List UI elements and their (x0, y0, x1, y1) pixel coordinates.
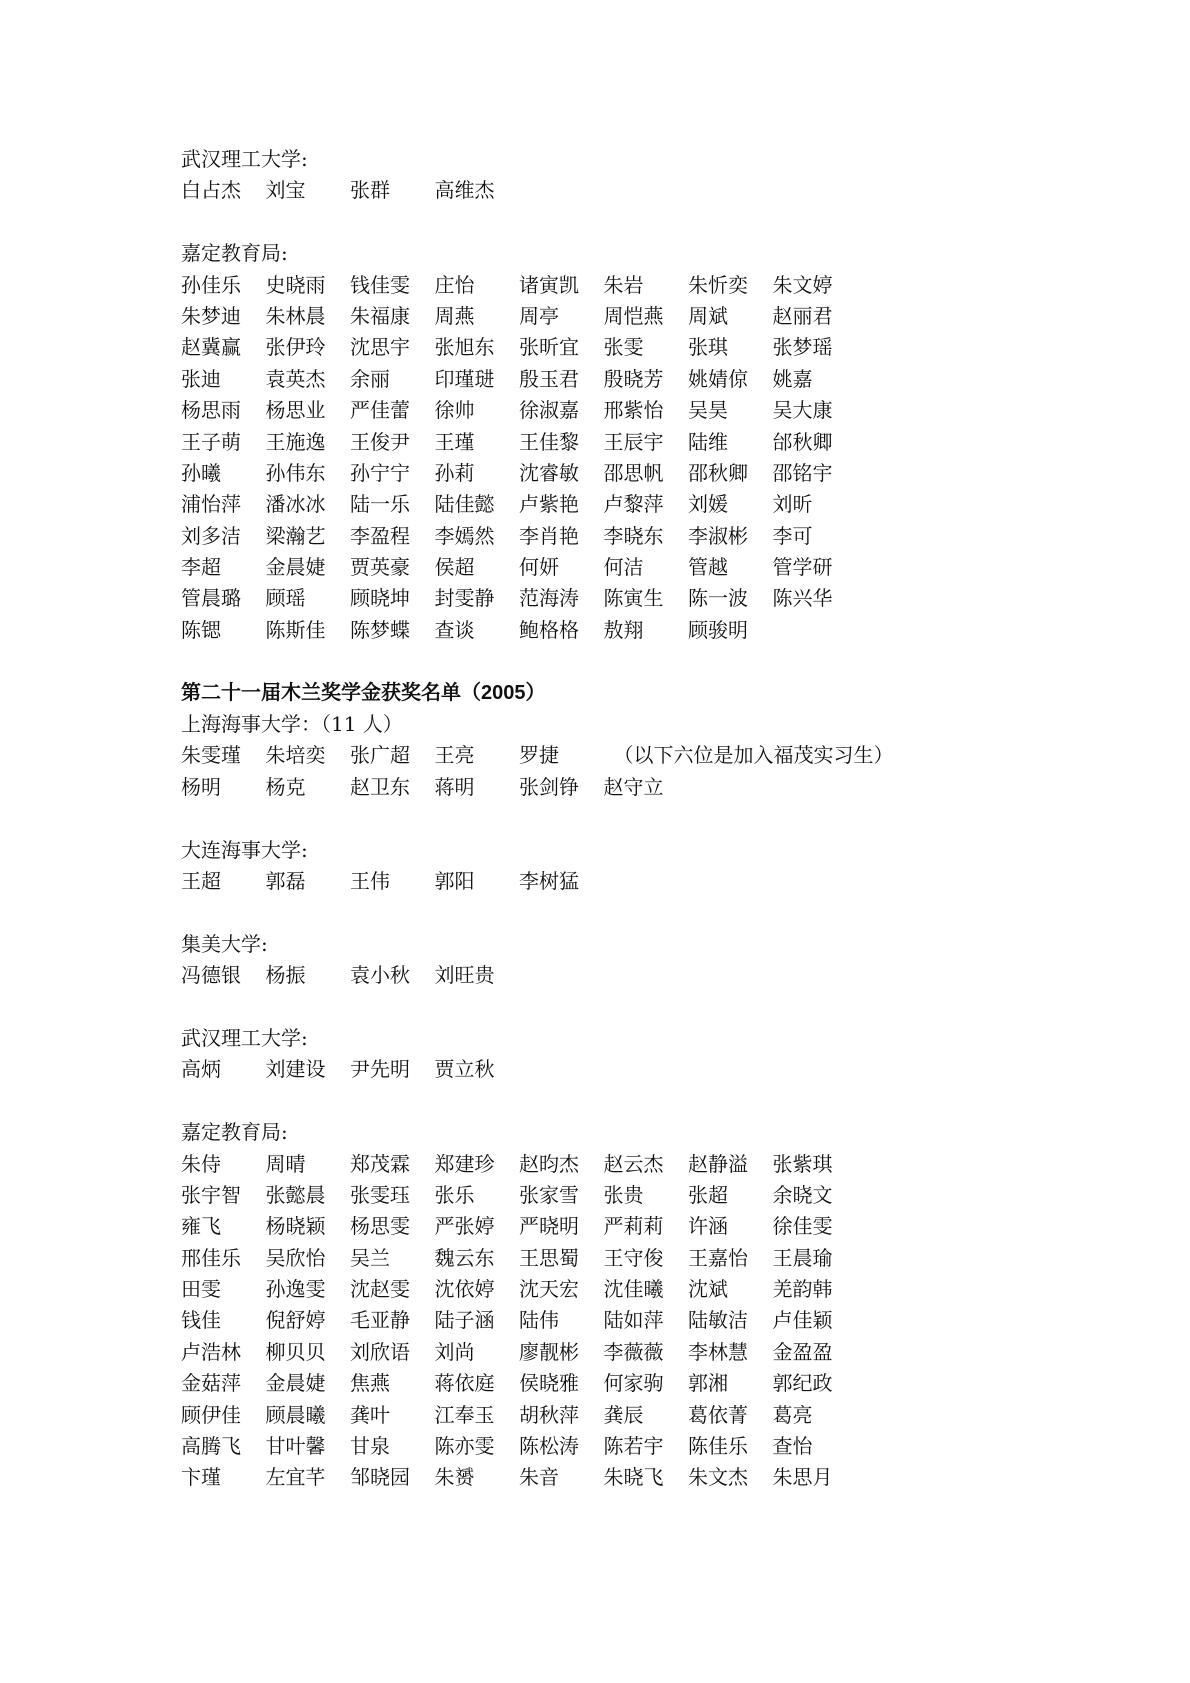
name: 朱忻奕 (688, 270, 773, 301)
name-row: 孙佳乐史晓雨钱佳雯庄怡诸寅凯朱岩朱忻奕朱文婷 (181, 270, 894, 301)
name: 赵昀杰 (519, 1149, 604, 1180)
name: 贾立秋 (435, 1054, 520, 1085)
name: 金菇萍 (181, 1368, 266, 1399)
spacer (181, 1086, 894, 1117)
intern-note: （以下六位是加入福茂实习生） (614, 740, 894, 771)
name: 王晨瑜 (773, 1243, 858, 1274)
name: 孙伟东 (266, 458, 351, 489)
name: 朱文婷 (773, 270, 858, 301)
name: 王辰宇 (604, 427, 689, 458)
name: 甘叶馨 (266, 1431, 351, 1462)
name-row: 张宇智张懿晨张雯珏张乐张家雪张贵张超余晓文 (181, 1180, 894, 1211)
name: 朱思月 (773, 1462, 858, 1493)
name: 周燕 (435, 301, 520, 332)
name-row: 杨明 杨克 赵卫东 蒋明 张剑铮 赵守立 (181, 772, 894, 803)
name: 张剑铮 (519, 772, 604, 803)
name: 陈寅生 (604, 583, 689, 614)
name: 管学研 (773, 552, 858, 583)
name: 卢浩林 (181, 1337, 266, 1368)
name: 陆敏洁 (688, 1305, 773, 1336)
name: 梁瀚艺 (266, 521, 351, 552)
name-row: 朱雯瑾 朱培奕 张广超 王亮 罗捷 （以下六位是加入福茂实习生） (181, 740, 894, 771)
name: 李树猛 (519, 866, 604, 897)
document-page: 武汉理工大学: 白占杰 刘宝 张群 高维杰 嘉定教育局: 孙佳乐史晓雨钱佳雯庄怡… (181, 144, 894, 1494)
name: 邵铭宇 (773, 458, 858, 489)
name: 李可 (773, 521, 858, 552)
name: 张贵 (604, 1180, 689, 1211)
name: 姚嘉 (773, 364, 858, 395)
name: 朱赟 (435, 1462, 520, 1493)
name: 顾晨曦 (266, 1400, 351, 1431)
name-row: 王子萌王施逸王俊尹王瑾王佳黎王辰宇陆维邰秋卿 (181, 427, 894, 458)
name: 朱侍 (181, 1149, 266, 1180)
name: 李超 (181, 552, 266, 583)
name: 陈斯佳 (266, 615, 351, 646)
name: 孙曦 (181, 458, 266, 489)
name: 管越 (688, 552, 773, 583)
name: 袁小秋 (350, 960, 435, 991)
name: 田雯 (181, 1274, 266, 1305)
name: 葛依菁 (688, 1400, 773, 1431)
org-heading: 嘉定教育局: (181, 1117, 894, 1148)
name: 王伟 (350, 866, 435, 897)
name: 顾晓坤 (350, 583, 435, 614)
name: 魏云东 (435, 1243, 520, 1274)
name-row: 邢佳乐吴欣怡吴兰魏云东王思蜀王守俊王嘉怡王晨瑜 (181, 1243, 894, 1274)
name: 周恺燕 (604, 301, 689, 332)
name: 朱梦迪 (181, 301, 266, 332)
name: 高腾飞 (181, 1431, 266, 1462)
name: 封雯静 (435, 583, 520, 614)
name: 查谈 (435, 615, 520, 646)
name: 张懿晨 (266, 1180, 351, 1211)
name: 余丽 (350, 364, 435, 395)
name: 何妍 (519, 552, 604, 583)
name: 徐淑嘉 (519, 395, 604, 426)
name: 沈睿敏 (519, 458, 604, 489)
name: 刘多洁 (181, 521, 266, 552)
award-title: 第二十一届木兰奖学金获奖名单（2005） (181, 678, 894, 709)
name: 顾伊佳 (181, 1400, 266, 1431)
name: 严张婷 (435, 1211, 520, 1242)
spacer (181, 803, 894, 834)
name: 白占杰 (181, 175, 266, 206)
name: 吴大康 (773, 395, 858, 426)
name: 柳贝贝 (266, 1337, 351, 1368)
name: 陈一波 (688, 583, 773, 614)
name: 姚婧倞 (688, 364, 773, 395)
name: 严莉莉 (604, 1211, 689, 1242)
name: 刘欣语 (350, 1337, 435, 1368)
name: 邢佳乐 (181, 1243, 266, 1274)
name: 顾骏明 (688, 615, 773, 646)
name: 殷玉君 (519, 364, 604, 395)
name: 陆一乐 (350, 489, 435, 520)
name: 王嘉怡 (688, 1243, 773, 1274)
name: 沈赵雯 (350, 1274, 435, 1305)
name: 罗捷 (519, 740, 604, 771)
name: 卢黎萍 (604, 489, 689, 520)
name: 陈若宇 (604, 1431, 689, 1462)
name: 李晓东 (604, 521, 689, 552)
name: 朱音 (519, 1462, 604, 1493)
name: 郑建珍 (435, 1149, 520, 1180)
name: 张家雪 (519, 1180, 604, 1211)
name: 郭阳 (435, 866, 520, 897)
name: 诸寅凯 (519, 270, 604, 301)
name: 赵守立 (604, 772, 689, 803)
name: 鲍格格 (519, 615, 604, 646)
name: 高维杰 (435, 175, 520, 206)
name: 赵卫东 (350, 772, 435, 803)
name: 甘泉 (350, 1431, 435, 1462)
name: 金盈盈 (773, 1337, 858, 1368)
name: 陈佳乐 (688, 1431, 773, 1462)
name: 卢佳颖 (773, 1305, 858, 1336)
name: 吴昊 (688, 395, 773, 426)
name: 陈兴华 (773, 583, 858, 614)
name: 陈锶 (181, 615, 266, 646)
name: 沈依婷 (435, 1274, 520, 1305)
name: 庄怡 (435, 270, 520, 301)
name: 史晓雨 (266, 270, 351, 301)
name: 陈松涛 (519, 1431, 604, 1462)
name-row: 赵冀赢张伊玲沈思宇张旭东张昕宜张雯张琪张梦瑶 (181, 332, 894, 363)
name-row: 孙曦孙伟东孙宁宁孙莉沈睿敏邵思帆邵秋卿邵铭宇 (181, 458, 894, 489)
name: 孙佳乐 (181, 270, 266, 301)
name: 印瑾琎 (435, 364, 520, 395)
name: 焦燕 (350, 1368, 435, 1399)
name: 李林慧 (688, 1337, 773, 1368)
name: 张伊玲 (266, 332, 351, 363)
name: 杨思雯 (350, 1211, 435, 1242)
name: 王超 (181, 866, 266, 897)
spacer (181, 207, 894, 238)
name: 金晨婕 (266, 552, 351, 583)
name: 赵云杰 (604, 1149, 689, 1180)
name: 朱福康 (350, 301, 435, 332)
name: 雍飞 (181, 1211, 266, 1242)
name: 张群 (350, 175, 435, 206)
name: 贾英豪 (350, 552, 435, 583)
name: 殷晓芳 (604, 364, 689, 395)
name: 严佳蕾 (350, 395, 435, 426)
name: 张雯珏 (350, 1180, 435, 1211)
name: 沈斌 (688, 1274, 773, 1305)
name-row: 朱梦迪朱林晨朱福康周燕周亭周恺燕周斌赵丽君 (181, 301, 894, 332)
name: 吴兰 (350, 1243, 435, 1274)
name: 蒋明 (435, 772, 520, 803)
org-heading: 集美大学: (181, 929, 894, 960)
name: 倪舒婷 (266, 1305, 351, 1336)
name: 葛亮 (773, 1400, 858, 1431)
name: 何洁 (604, 552, 689, 583)
name-grid: 孙佳乐史晓雨钱佳雯庄怡诸寅凯朱岩朱忻奕朱文婷朱梦迪朱林晨朱福康周燕周亭周恺燕周斌… (181, 270, 894, 647)
name: 侯晓雅 (519, 1368, 604, 1399)
name: 羌韵韩 (773, 1274, 858, 1305)
name-row: 朱侍周晴郑茂霖郑建珍赵昀杰赵云杰赵静溢张紫琪 (181, 1149, 894, 1180)
name: 沈天宏 (519, 1274, 604, 1305)
name: 张迪 (181, 364, 266, 395)
name: 王亮 (435, 740, 520, 771)
name-row: 李超金晨婕贾英豪侯超何妍何洁管越管学研 (181, 552, 894, 583)
name: 李盈程 (350, 521, 435, 552)
name: 郭纪政 (773, 1368, 858, 1399)
name: 廖靓彬 (519, 1337, 604, 1368)
name: 周晴 (266, 1149, 351, 1180)
name: 李薇薇 (604, 1337, 689, 1368)
name: 杨振 (266, 960, 351, 991)
name: 何家驹 (604, 1368, 689, 1399)
name: 卢紫艳 (519, 489, 604, 520)
name: 刘宝 (266, 175, 351, 206)
name: 王瑾 (435, 427, 520, 458)
name-row: 高腾飞甘叶馨甘泉陈亦雯陈松涛陈若宇陈佳乐查怡 (181, 1431, 894, 1462)
name: 赵丽君 (773, 301, 858, 332)
name: 陆如萍 (604, 1305, 689, 1336)
name: 刘尚 (435, 1337, 520, 1368)
name-grid: 朱侍周晴郑茂霖郑建珍赵昀杰赵云杰赵静溢张紫琪张宇智张懿晨张雯珏张乐张家雪张贵张超… (181, 1149, 894, 1494)
name-row: 杨思雨杨思业严佳蕾徐帅徐淑嘉邢紫怡吴昊吴大康 (181, 395, 894, 426)
name: 陆伟 (519, 1305, 604, 1336)
name: 李嫣然 (435, 521, 520, 552)
name: 王子萌 (181, 427, 266, 458)
name: 陈梦蝶 (350, 615, 435, 646)
name: 沈思宇 (350, 332, 435, 363)
name: 朱岩 (604, 270, 689, 301)
name: 张宇智 (181, 1180, 266, 1211)
name: 朱文杰 (688, 1462, 773, 1493)
name: 朱林晨 (266, 301, 351, 332)
name: 张乐 (435, 1180, 520, 1211)
name: 王思蜀 (519, 1243, 604, 1274)
name-row: 卞瑾左宜芊邹晓园朱赟朱音朱晓飞朱文杰朱思月 (181, 1462, 894, 1493)
name-row: 顾伊佳顾晨曦龚叶江奉玉胡秋萍龚辰葛依菁葛亮 (181, 1400, 894, 1431)
org-heading: 武汉理工大学: (181, 144, 894, 175)
org-heading: 武汉理工大学: (181, 1023, 894, 1054)
name-row: 浦怡萍潘冰冰陆一乐陆佳懿卢紫艳卢黎萍刘媛刘昕 (181, 489, 894, 520)
name: 钱佳雯 (350, 270, 435, 301)
name: 邵秋卿 (688, 458, 773, 489)
name: 吴欣怡 (266, 1243, 351, 1274)
name-row: 金菇萍金晨婕焦燕蒋依庭侯晓雅何家驹郭湘郭纪政 (181, 1368, 894, 1399)
name: 范海涛 (519, 583, 604, 614)
name: 刘昕 (773, 489, 858, 520)
name: 敖翔 (604, 615, 689, 646)
name: 王守俊 (604, 1243, 689, 1274)
name: 高炳 (181, 1054, 266, 1085)
name: 王施逸 (266, 427, 351, 458)
name: 李淑彬 (688, 521, 773, 552)
name: 张雯 (604, 332, 689, 363)
name: 蒋依庭 (435, 1368, 520, 1399)
name: 李肖艳 (519, 521, 604, 552)
name: 尹先明 (350, 1054, 435, 1085)
name: 冯德银 (181, 960, 266, 991)
name: 孙逸雯 (266, 1274, 351, 1305)
name: 张广超 (350, 740, 435, 771)
name: 周斌 (688, 301, 773, 332)
name: 张紫琪 (773, 1149, 858, 1180)
name: 邰秋卿 (773, 427, 858, 458)
name: 杨明 (181, 772, 266, 803)
name: 杨思雨 (181, 395, 266, 426)
name: 张梦瑶 (773, 332, 858, 363)
name-row: 钱佳倪舒婷毛亚静陆子涵陆伟陆如萍陆敏洁卢佳颖 (181, 1305, 894, 1336)
name: 赵冀赢 (181, 332, 266, 363)
name: 沈佳曦 (604, 1274, 689, 1305)
org-heading: 嘉定教育局: (181, 238, 894, 269)
name: 毛亚静 (350, 1305, 435, 1336)
name-row: 高炳 刘建设 尹先明 贾立秋 (181, 1054, 894, 1085)
name: 胡秋萍 (519, 1400, 604, 1431)
name: 王俊尹 (350, 427, 435, 458)
name-row: 陈锶陈斯佳陈梦蝶查谈鲍格格敖翔顾骏明 (181, 615, 894, 646)
name: 余晓文 (773, 1180, 858, 1211)
name-row: 白占杰 刘宝 张群 高维杰 (181, 175, 894, 206)
name: 钱佳 (181, 1305, 266, 1336)
name: 卞瑾 (181, 1462, 266, 1493)
name: 孙莉 (435, 458, 520, 489)
name: 许涵 (688, 1211, 773, 1242)
name: 郑茂霖 (350, 1149, 435, 1180)
name: 郭湘 (688, 1368, 773, 1399)
name: 杨克 (266, 772, 351, 803)
org-heading: 大连海事大学: (181, 835, 894, 866)
name: 陆子涵 (435, 1305, 520, 1336)
name: 管晨璐 (181, 583, 266, 614)
spacer (181, 992, 894, 1023)
name: 左宜芊 (266, 1462, 351, 1493)
name: 龚辰 (604, 1400, 689, 1431)
spacer (181, 897, 894, 928)
name: 陆佳懿 (435, 489, 520, 520)
name: 孙宁宁 (350, 458, 435, 489)
name: 金晨婕 (266, 1368, 351, 1399)
name: 王佳黎 (519, 427, 604, 458)
name: 朱晓飞 (604, 1462, 689, 1493)
name: 邹晓园 (350, 1462, 435, 1493)
name: 张旭东 (435, 332, 520, 363)
name: 刘建设 (266, 1054, 351, 1085)
name: 浦怡萍 (181, 489, 266, 520)
name: 周亭 (519, 301, 604, 332)
name: 潘冰冰 (266, 489, 351, 520)
org-heading: 上海海事大学：（11 人） (181, 709, 894, 740)
name-row: 卢浩林柳贝贝刘欣语刘尚廖靓彬李薇薇李林慧金盈盈 (181, 1337, 894, 1368)
name: 邵思帆 (604, 458, 689, 489)
name: 袁英杰 (266, 364, 351, 395)
spacer (181, 646, 894, 677)
name: 邢紫怡 (604, 395, 689, 426)
name: 张昕宜 (519, 332, 604, 363)
name-row: 刘多洁梁瀚艺李盈程李嫣然李肖艳李晓东李淑彬李可 (181, 521, 894, 552)
name: 杨晓颖 (266, 1211, 351, 1242)
name: 张琪 (688, 332, 773, 363)
name-row: 冯德银 杨振 袁小秋 刘旺贵 (181, 960, 894, 991)
name: 刘旺贵 (435, 960, 520, 991)
name: 朱培奕 (266, 740, 351, 771)
name: 朱雯瑾 (181, 740, 266, 771)
name: 龚叶 (350, 1400, 435, 1431)
name: 徐帅 (435, 395, 520, 426)
name: 陈亦雯 (435, 1431, 520, 1462)
name: 严晓明 (519, 1211, 604, 1242)
name-row: 张迪袁英杰余丽印瑾琎殷玉君殷晓芳姚婧倞姚嘉 (181, 364, 894, 395)
name: 郭磊 (266, 866, 351, 897)
name: 张超 (688, 1180, 773, 1211)
name: 杨思业 (266, 395, 351, 426)
name: 刘媛 (688, 489, 773, 520)
name-row: 田雯孙逸雯沈赵雯沈依婷沈天宏沈佳曦沈斌羌韵韩 (181, 1274, 894, 1305)
name: 查怡 (773, 1431, 858, 1462)
name: 赵静溢 (688, 1149, 773, 1180)
name: 陆维 (688, 427, 773, 458)
name-row: 雍飞杨晓颖杨思雯严张婷严晓明严莉莉许涵徐佳雯 (181, 1211, 894, 1242)
name: 江奉玉 (435, 1400, 520, 1431)
name: 徐佳雯 (773, 1211, 858, 1242)
name: 顾瑶 (266, 583, 351, 614)
name-row: 王超 郭磊 王伟 郭阳 李树猛 (181, 866, 894, 897)
name: 侯超 (435, 552, 520, 583)
name-row: 管晨璐顾瑶顾晓坤封雯静范海涛陈寅生陈一波陈兴华 (181, 583, 894, 614)
